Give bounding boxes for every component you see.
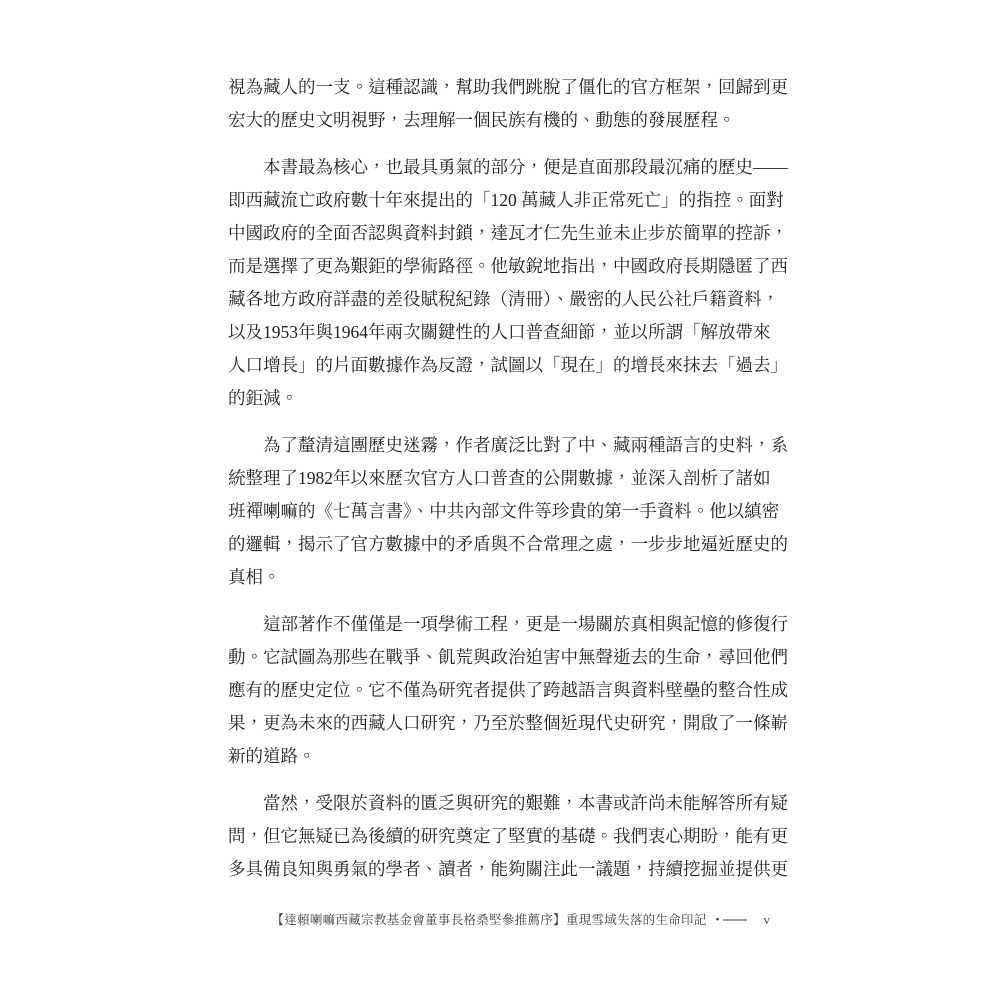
- footer-dash-rule: [723, 919, 747, 921]
- text-line: 中國政府的全面否認與資料封鎖，達瓦才仁先生並未止步於簡單的控訴，: [228, 217, 794, 250]
- book-page: 視為藏人的一支。這種認識，幫助我們跳脫了僵化的官方框架，回歸到更宏大的歷史文明視…: [0, 0, 1000, 1000]
- text-line: 應有的歷史定位。它不僅為研究者提供了跨越語言與資料壁壘的整合性成: [228, 674, 794, 707]
- text-line: 果，更為未來的西藏人口研究，乃至於整個近現代史研究，開啟了一條嶄: [228, 707, 794, 740]
- text-line: 而是選擇了更為艱鉅的學術路徑。他敏銳地指出，中國政府長期隱匿了西: [228, 250, 794, 283]
- text-line: 為了釐清這團歷史迷霧，作者廣泛比對了中、藏兩種語言的史料，系: [228, 429, 794, 462]
- page-number: v: [764, 908, 771, 932]
- text-line: 宏大的歷史文明視野，去理解一個民族有機的、動態的發展歷程。: [228, 104, 794, 137]
- text-line: 真相。: [228, 561, 794, 594]
- paragraph: 視為藏人的一支。這種認識，幫助我們跳脫了僵化的官方框架，回歸到更宏大的歷史文明視…: [228, 71, 794, 137]
- page-body: 視為藏人的一支。這種認識，幫助我們跳脫了僵化的官方框架，回歸到更宏大的歷史文明視…: [228, 71, 794, 886]
- page-footer: 【達賴喇嘛西藏宗教基金會董事長格桑堅參推薦序】重現雪域失落的生命印記 • v: [0, 908, 770, 932]
- text-line: 這部著作不僅僅是一項學術工程，更是一場關於真相與記憶的修復行: [228, 608, 794, 641]
- text-line: 以及1953年與1964年兩次關鍵性的人口普查細節，並以所謂「解放帶來: [228, 316, 794, 349]
- text-line: 新的道路。: [228, 740, 794, 773]
- text-line: 的邏輯，揭示了官方數據中的矛盾與不合常理之處，一步步地逼近歷史的: [228, 528, 794, 561]
- footer-running-title: 【達賴喇嘛西藏宗教基金會董事長格桑堅參推薦序】重現雪域失落的生命印記: [271, 908, 706, 932]
- text-line: 即西藏流亡政府數十年來提出的「120 萬藏人非正常死亡」的指控。面對: [228, 184, 794, 217]
- text-line: 多具備良知與勇氣的學者、讀者，能夠關注此一議題，持續挖掘並提供更: [228, 853, 794, 886]
- footer-bullet-icon: •: [716, 908, 720, 932]
- text-line: 問，但它無疑已為後續的研究奠定了堅實的基礎。我們衷心期盼，能有更: [228, 820, 794, 853]
- paragraph: 當然，受限於資料的匱乏與研究的艱難，本書或許尚未能解答所有疑問，但它無疑已為後續…: [228, 787, 794, 886]
- text-line: 人口增長」的片面數據作為反證，試圖以「現在」的增長來抹去「過去」: [228, 349, 794, 382]
- text-line: 藏各地方政府詳盡的差役賦稅紀錄（清冊）、嚴密的人民公社戶籍資料，: [228, 283, 794, 316]
- paragraph: 這部著作不僅僅是一項學術工程，更是一場關於真相與記憶的修復行動。它試圖為那些在戰…: [228, 608, 794, 773]
- text-line: 的鉅減。: [228, 382, 794, 415]
- text-line: 本書最為核心，也最具勇氣的部分，便是直面那段最沉痛的歷史——: [228, 151, 794, 184]
- paragraph: 本書最為核心，也最具勇氣的部分，便是直面那段最沉痛的歷史——即西藏流亡政府數十年…: [228, 151, 794, 415]
- text-line: 當然，受限於資料的匱乏與研究的艱難，本書或許尚未能解答所有疑: [228, 787, 794, 820]
- paragraph: 為了釐清這團歷史迷霧，作者廣泛比對了中、藏兩種語言的史料，系統整理了1982年以…: [228, 429, 794, 594]
- text-line: 動。它試圖為那些在戰爭、飢荒與政治迫害中無聲逝去的生命，尋回他們: [228, 641, 794, 674]
- text-line: 視為藏人的一支。這種認識，幫助我們跳脫了僵化的官方框架，回歸到更: [228, 71, 794, 104]
- text-line: 班禪喇嘛的《七萬言書》、中共內部文件等珍貴的第一手資料。他以縝密: [228, 495, 794, 528]
- text-line: 統整理了1982年以來歷次官方人口普查的公開數據，並深入剖析了諸如: [228, 462, 794, 495]
